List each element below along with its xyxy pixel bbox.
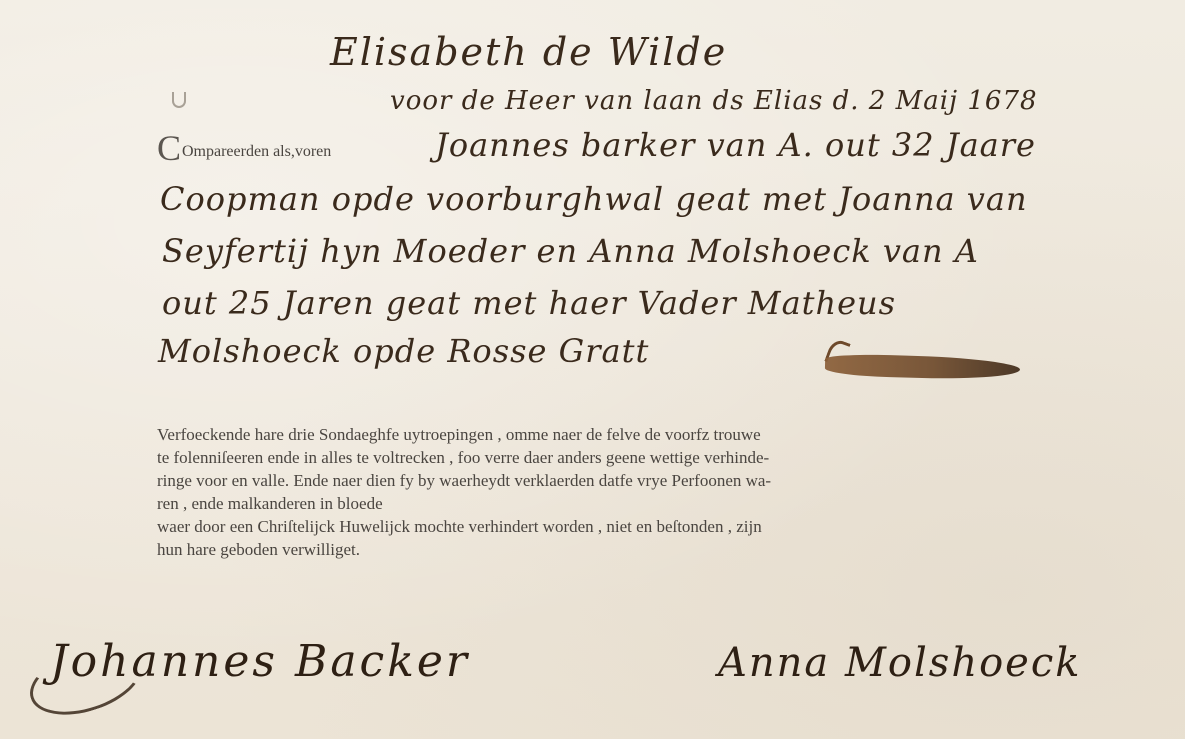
printed-paragraph-line-4: ren , ende malkanderen in bloede — [157, 493, 383, 515]
printed-paragraph-line-1: Verfoeckende hare drie Sondaeghfe uytroe… — [157, 424, 761, 446]
handwritten-annotation-date: voor de Heer van laan ds Elias d. 2 Maij… — [390, 86, 1038, 116]
printed-paragraph-line-2: te folenniſeeren ende in alles te voltre… — [157, 447, 769, 469]
printed-paragraph-line-5: waer door een Chriſtelijck Huwelijck moc… — [157, 516, 762, 538]
printed-drop-initial: C — [157, 130, 181, 166]
handwritten-line-4: out 25 Jaren geat met haer Vader Matheus — [162, 284, 896, 322]
handwritten-name-header: Elisabeth de Wilde — [330, 30, 727, 74]
register-page: Elisabeth de Wilde voor de Heer van laan… — [0, 0, 1185, 739]
handwritten-line-3: Seyfertij hyn Moeder en Anna Molshoeck v… — [162, 232, 979, 270]
signature-groom: Johannes Backer — [50, 636, 470, 687]
signature-bride: Anna Molshoeck — [718, 640, 1082, 686]
printed-paragraph-line-6: hun hare geboden verwilliget. — [157, 539, 360, 561]
printed-paragraph-line-3: ringe voor en valle. Ende naer dien fy b… — [157, 470, 771, 492]
stray-pencil-mark — [172, 92, 186, 108]
handwritten-line-1: Joannes barker van A. out 32 Jaare — [435, 126, 1036, 164]
ink-blot-line-filler — [825, 353, 1021, 380]
handwritten-line-2: Coopman opde voorburghwal geat met Joann… — [160, 180, 1028, 218]
printed-intro-text: Ompareerden als,voren — [182, 143, 331, 161]
handwritten-line-5: Molshoeck opde Rosse Gratt — [158, 332, 649, 370]
